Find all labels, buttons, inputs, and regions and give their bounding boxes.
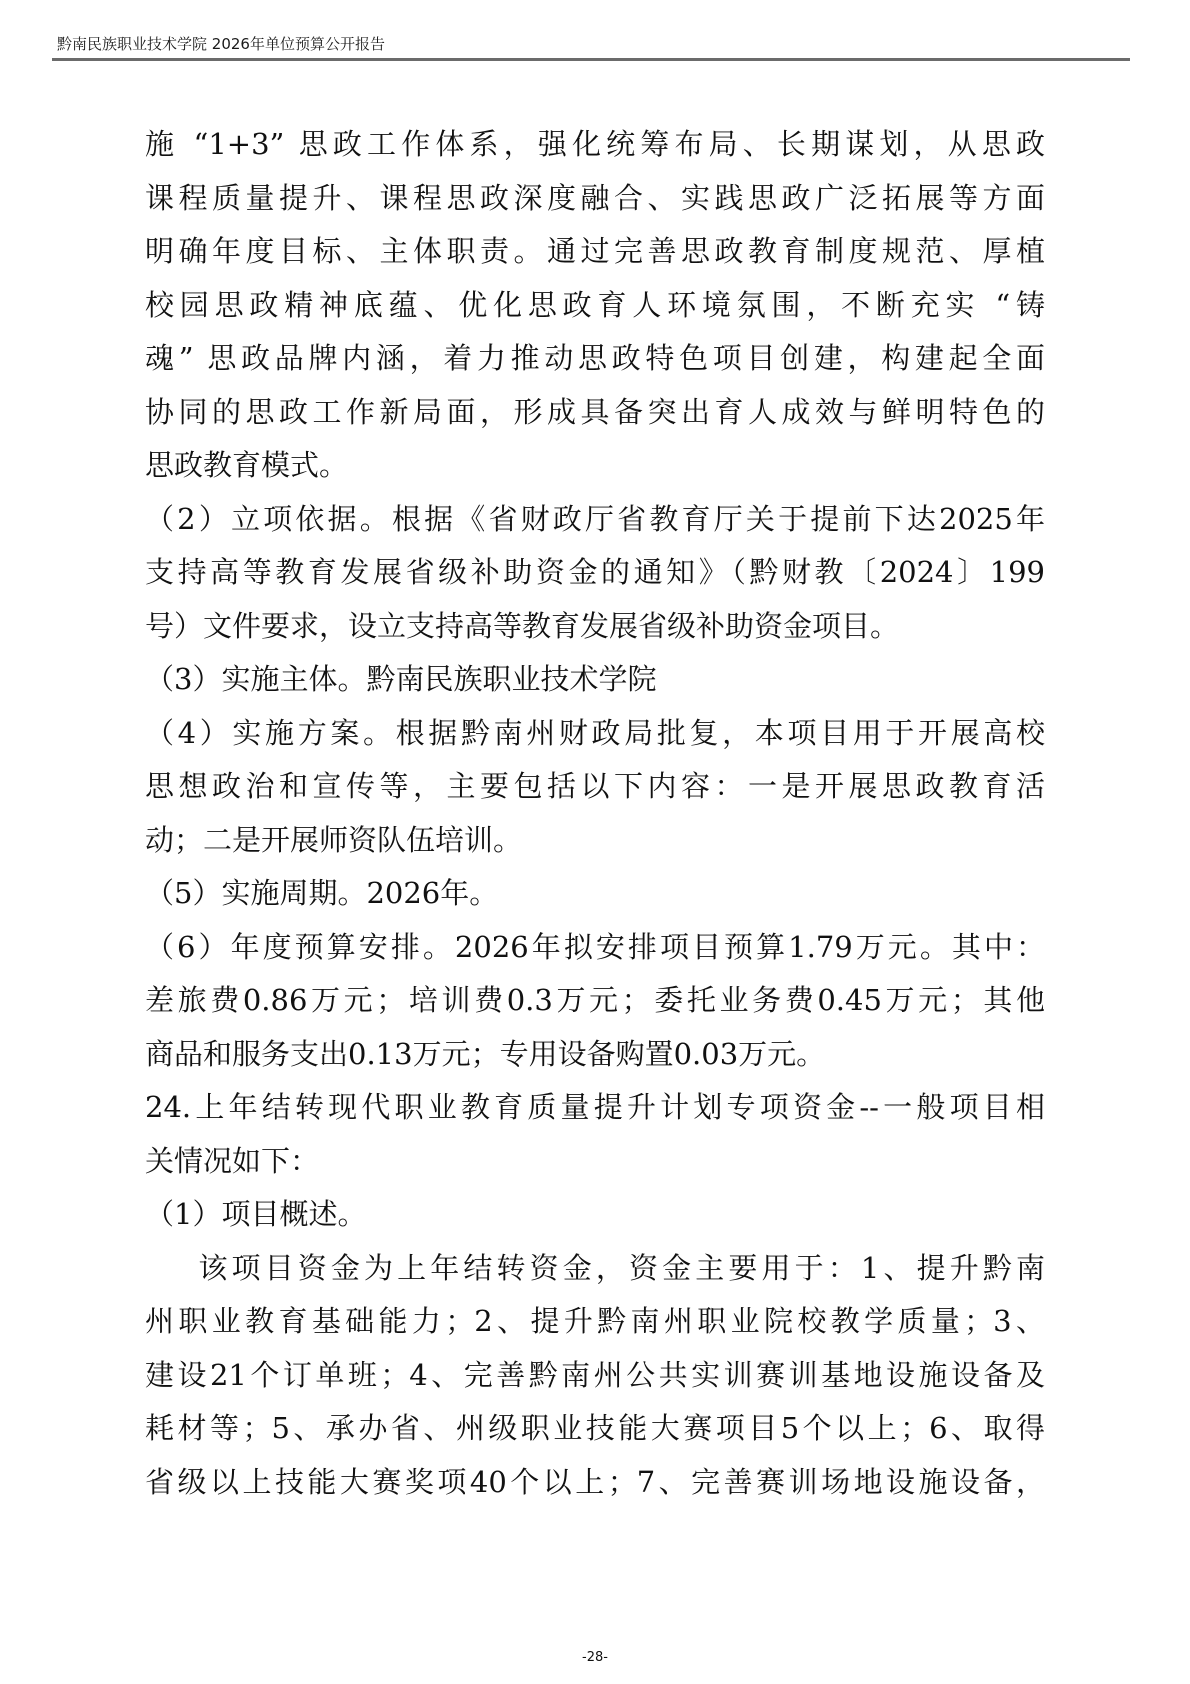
body-line: 协同的思政工作新局面，形成具备突出育人成效与鲜明特色的 <box>145 386 1045 440</box>
body-line: 支持高等教育发展省级补助资金的通知》（黔财教〔2024〕199 <box>145 546 1045 600</box>
body-line: 耗材等；5、承办省、州级职业技能大赛项目5个以上；6、取得 <box>145 1402 1045 1456</box>
body-line: 差旅费0.86万元；培训费0.3万元；委托业务费0.45万元；其他 <box>145 974 1045 1028</box>
body-line: 魂” 思政品牌内涵，着力推动思政特色项目创建，构建起全面 <box>145 332 1045 386</box>
body-line: 该项目资金为上年结转资金，资金主要用于：1、提升黔南 <box>145 1242 1045 1296</box>
body-line: 思政教育模式。 <box>145 439 1045 493</box>
body-line: （1）项目概述。 <box>145 1188 1045 1242</box>
body-line: 动；二是开展师资队伍培训。 <box>145 814 1045 868</box>
body-line: （4）实施方案。根据黔南州财政局批复，本项目用于开展高校 <box>145 707 1045 761</box>
header-divider <box>52 58 1130 61</box>
page-number: -28- <box>0 1650 1190 1665</box>
body-line: （5）实施周期。2026年。 <box>145 867 1045 921</box>
body-line: （2）立项依据。根据《省财政厅省教育厅关于提前下达2025年 <box>145 493 1045 547</box>
body-line: 校园思政精神底蕴、优化思政育人环境氛围，不断充实 “铸 <box>145 279 1045 333</box>
body-line: 课程质量提升、课程思政深度融合、实践思政广泛拓展等方面 <box>145 172 1045 226</box>
document-body: 施 “1+3” 思政工作体系，强化统筹布局、长期谋划，从思政 课程质量提升、课程… <box>145 118 1045 1509</box>
body-line: （3）实施主体。黔南民族职业技术学院 <box>145 653 1045 707</box>
body-line: 施 “1+3” 思政工作体系，强化统筹布局、长期谋划，从思政 <box>145 118 1045 172</box>
body-line: 思想政治和宣传等，主要包括以下内容：一是开展思政教育活 <box>145 760 1045 814</box>
body-line: （6）年度预算安排。2026年拟安排项目预算1.79万元。其中： <box>145 921 1045 975</box>
section-heading-line: 关情况如下： <box>145 1135 1045 1189</box>
body-line: 号）文件要求，设立支持高等教育发展省级补助资金项目。 <box>145 600 1045 654</box>
body-line: 明确年度目标、主体职责。通过完善思政教育制度规范、厚植 <box>145 225 1045 279</box>
body-line: 省级以上技能大赛奖项40个以上；7、完善赛训场地设施设备， <box>145 1456 1045 1510</box>
body-line: 州职业教育基础能力；2、提升黔南州职业院校教学质量；3、 <box>145 1295 1045 1349</box>
body-line: 商品和服务支出0.13万元；专用设备购置0.03万元。 <box>145 1028 1045 1082</box>
document-header-title: 黔南民族职业技术学院 2026年单位预算公开报告 <box>57 33 385 54</box>
section-heading-line: 24.上年结转现代职业教育质量提升计划专项资金--一般项目相 <box>145 1081 1045 1135</box>
body-line: 建设21个订单班；4、完善黔南州公共实训赛训基地设施设备及 <box>145 1349 1045 1403</box>
